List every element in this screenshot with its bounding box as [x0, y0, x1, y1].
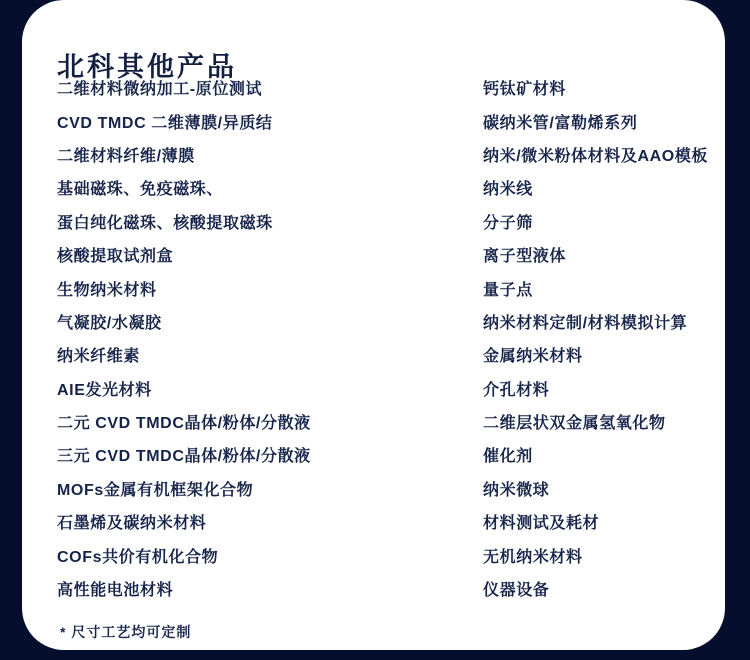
product-item: 催化剂: [483, 438, 723, 471]
product-item: 金属纳米材料: [483, 338, 723, 371]
product-list-left-column: 二维材料微纳加工-原位测试CVD TMDC 二维薄膜/异质结二维材料纤维/薄膜基…: [57, 71, 457, 605]
product-item: 蛋白纯化磁珠、核酸提取磁珠: [57, 205, 457, 238]
customization-footnote: * 尺寸工艺均可定制: [60, 622, 191, 642]
product-item: 二维层状双金属氢氧化物: [483, 405, 723, 438]
product-item: 纳米材料定制/材料模拟计算: [483, 305, 723, 338]
product-item: AIE发光材料: [57, 372, 457, 405]
product-item: 二维材料微纳加工-原位测试: [57, 71, 457, 104]
product-item: 基础磁珠、免疫磁珠、: [57, 171, 457, 204]
product-item: 介孔材料: [483, 372, 723, 405]
product-catalog-page: 北科其他产品 二维材料微纳加工-原位测试CVD TMDC 二维薄膜/异质结二维材…: [0, 0, 750, 660]
product-item: 仪器设备: [483, 572, 723, 605]
product-item: 材料测试及耗材: [483, 505, 723, 538]
product-item: MOFs金属有机框架化合物: [57, 472, 457, 505]
product-item: 碳纳米管/富勒烯系列: [483, 104, 723, 137]
product-item: COFs共价有机化合物: [57, 538, 457, 571]
product-item: 石墨烯及碳纳米材料: [57, 505, 457, 538]
product-item: 无机纳米材料: [483, 538, 723, 571]
product-item: 离子型液体: [483, 238, 723, 271]
product-item: 气凝胶/水凝胶: [57, 305, 457, 338]
product-list-right-column: 钙钛矿材料碳纳米管/富勒烯系列纳米/微米粉体材料及AAO模板纳米线分子筛离子型液…: [483, 71, 723, 605]
product-item: 量子点: [483, 271, 723, 304]
product-item: 纳米微球: [483, 472, 723, 505]
product-item: 纳米线: [483, 171, 723, 204]
product-item: 纳米纤维素: [57, 338, 457, 371]
product-item: 生物纳米材料: [57, 271, 457, 304]
product-item: 二元 CVD TMDC晶体/粉体/分散液: [57, 405, 457, 438]
product-item: 高性能电池材料: [57, 572, 457, 605]
product-item: 二维材料纤维/薄膜: [57, 138, 457, 171]
product-item: 三元 CVD TMDC晶体/粉体/分散液: [57, 438, 457, 471]
product-item: 钙钛矿材料: [483, 71, 723, 104]
product-item: CVD TMDC 二维薄膜/异质结: [57, 104, 457, 137]
product-item: 核酸提取试剂盒: [57, 238, 457, 271]
product-item: 分子筛: [483, 205, 723, 238]
product-item: 纳米/微米粉体材料及AAO模板: [483, 138, 723, 171]
